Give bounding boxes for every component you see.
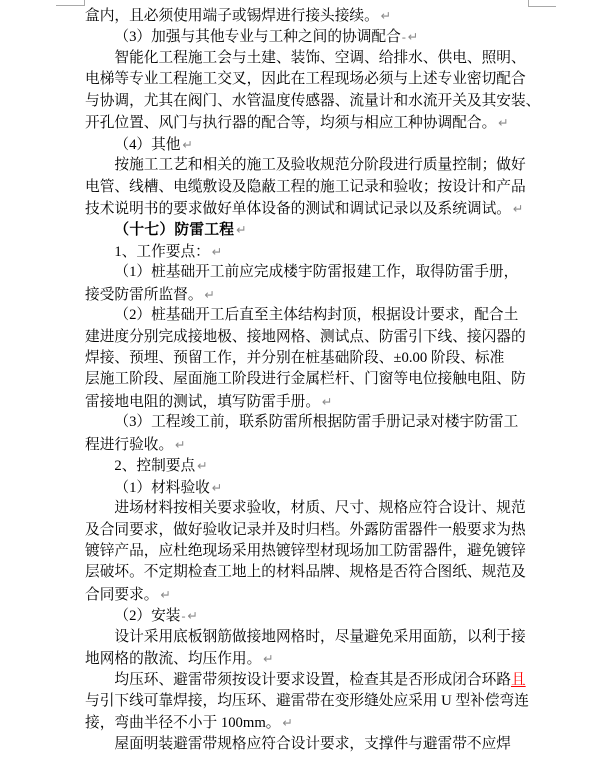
- document-line: 与协调，尤其在阀门、水管温度传感器、流量计和水流开关及其安装、: [85, 91, 555, 112]
- document-line: 合同要求。↵: [85, 584, 555, 605]
- paragraph-mark-icon: ↵: [379, 8, 391, 23]
- document-line: 及合同要求，做好验收记录并及时归档。外露防雷器件一般要求为热: [85, 520, 555, 541]
- margin-crop-mark-top-left-horizontal: [56, 5, 84, 6]
- document-line: 雷接地电阻的测试，填写防雷手册。↵: [85, 391, 555, 412]
- document-line: 均压环、避雷带须按设计要求设置，检查其是否形成闭合环路且: [85, 670, 555, 691]
- document-line: （2）安装-↵: [85, 605, 555, 626]
- text-run: （3）工程竣工前，联系防雷所根据防雷手册记录对楼宇防雷工: [114, 414, 518, 430]
- text-run: 焊接、预埋、预留工作，并分别在桩基础阶段、±0.00 阶段、标准: [85, 350, 504, 366]
- text-run: （1）桩基础开工前应完成楼宇防雷报建工作，取得防雷手册，: [114, 264, 518, 280]
- paragraph-mark-icon: ↵: [210, 480, 222, 495]
- text-run: 地网格的散流、均压作用。: [85, 651, 261, 667]
- text-run: （2）桩基础开工后直至主体结构封顶，根据设计要求，配合土: [114, 307, 518, 323]
- document-line: 层施工阶段、屋面施工阶段进行金属栏杆、门窗等电位接触电阻、防: [85, 369, 555, 390]
- document-line: 设计采用底板钢筋做接地网格时，尽量避免采用面筋，以利于接: [85, 627, 555, 648]
- document-line: 2、控制要点↵: [85, 455, 555, 476]
- text-run: 1、工作要点：: [114, 244, 209, 260]
- section-heading-line: （十七）防雷工程↵: [85, 219, 555, 240]
- text-run: 均压环、避雷带须按设计要求设置，检查其是否形成闭合环路: [114, 672, 511, 688]
- text-run: 2、控制要点: [114, 458, 195, 474]
- paragraph-mark-icon: ↵: [181, 137, 193, 152]
- document-line: 焊接、预埋、预留工作，并分别在桩基础阶段、±0.00 阶段、标准: [85, 348, 555, 369]
- text-run: 接受防雷所监督。: [85, 287, 203, 303]
- text-run: （1）材料验收: [114, 480, 209, 496]
- document-line: 层破坏。不定期检查工地上的材料品牌、规格是否符合图纸、规范及: [85, 562, 555, 583]
- text-run: 雷接地电阻的测试，填写防雷手册。: [85, 394, 320, 410]
- document-line: （1）桩基础开工前应完成楼宇防雷报建工作，取得防雷手册，: [85, 262, 555, 283]
- text-run: 设计采用底板钢筋做接地网格时，尽量避免采用面筋，以利于接: [114, 629, 525, 645]
- tracked-change-red-underline-text: 且: [511, 672, 526, 688]
- document-line: 盒内，且必须使用端子或锡焊进行接头接续。↵: [85, 5, 555, 26]
- document-line: 接受防雷所监督。↵: [85, 284, 555, 305]
- text-run: 层破坏。不定期检查工地上的材料品牌、规格是否符合图纸、规范及: [85, 564, 526, 580]
- text-run: （4）其他: [114, 137, 180, 153]
- text-run: （十七）防雷工程: [114, 222, 234, 238]
- document-line: 1、工作要点：↵: [85, 241, 555, 262]
- space-formatting-mark-icon: -: [181, 609, 186, 623]
- text-run: 及合同要求，做好验收记录并及时归档。外露防雷器件一般要求为热: [85, 522, 526, 538]
- document-line: 电梯等专业工程施工交叉，因此在工程现场必须与上述专业密切配合: [85, 69, 555, 90]
- document-line: 镀锌产品，应杜绝现场采用热镀锌型材现场加工防雷器件，避免镀锌: [85, 541, 555, 562]
- text-run: （3）加强与其他专业与工种之间的协调配合: [114, 29, 400, 45]
- document-text-block: 盒内，且必须使用端子或锡焊进行接头接续。↵（3）加强与其他专业与工种之间的协调配…: [85, 5, 555, 755]
- text-run: 程进行验收。: [85, 437, 173, 453]
- paragraph-mark-icon: ↵: [320, 394, 332, 409]
- text-run: 层施工阶段、屋面施工阶段进行金属栏杆、门窗等电位接触电阻、防: [85, 371, 526, 387]
- paragraph-mark-icon: ↵: [280, 715, 292, 730]
- text-run: 接，弯曲半径不小于 100mm。: [85, 715, 280, 731]
- document-line: 建进度分别完成接地极、接地网格、测试点、防雷引下线、接闪器的: [85, 327, 555, 348]
- text-run: 建进度分别完成接地极、接地网格、测试点、防雷引下线、接闪器的: [85, 329, 526, 345]
- document-line: 按施工工艺和相关的施工及验收规范分阶段进行质量控制；做好: [85, 155, 555, 176]
- document-line: 程进行验收。↵: [85, 434, 555, 455]
- text-run: （2）安装: [114, 608, 180, 624]
- document-page: 盒内，且必须使用端子或锡焊进行接头接续。↵（3）加强与其他专业与工种之间的协调配…: [0, 0, 591, 759]
- paragraph-mark-icon: ↵: [186, 608, 198, 623]
- document-line: 电管、线槽、电缆敷设及隐蔽工程的施工记录和验收；按设计和产品: [85, 177, 555, 198]
- paragraph-mark-icon: ↵: [406, 29, 418, 44]
- document-line: 进场材料按相关要求验收，材质、尺寸、规格应符合设计、规范: [85, 498, 555, 519]
- paragraph-mark-icon: ↵: [511, 201, 523, 216]
- document-line: 接，弯曲半径不小于 100mm。↵: [85, 712, 555, 733]
- paragraph-mark-icon: ↵: [234, 222, 246, 237]
- text-run: 进场材料按相关要求验收，材质、尺寸、规格应符合设计、规范: [114, 500, 525, 516]
- text-run: 与引下线可靠焊接，均压环、避雷带在变形缝处应采用 U 型补偿弯连: [85, 693, 529, 709]
- paragraph-mark-icon: ↵: [496, 115, 508, 130]
- text-run: 智能化工程施工会与土建、装饰、空调、给排水、供电、照明、: [114, 50, 525, 66]
- paragraph-mark-icon: ↵: [203, 287, 215, 302]
- text-run: 按施工工艺和相关的施工及验收规范分阶段进行质量控制；做好: [114, 157, 525, 173]
- document-line: 与引下线可靠焊接，均压环、避雷带在变形缝处应采用 U 型补偿弯连: [85, 691, 555, 712]
- document-line: （1）材料验收↵: [85, 477, 555, 498]
- text-run: 合同要求。: [85, 587, 158, 603]
- text-run: 电管、线槽、电缆敷设及隐蔽工程的施工记录和验收；按设计和产品: [85, 179, 526, 195]
- document-line: （4）其他↵: [85, 134, 555, 155]
- document-line: （3）工程竣工前，联系防雷所根据防雷手册记录对楼宇防雷工: [85, 412, 555, 433]
- document-line: 技术说明书的要求做好单体设备的测试和调试记录以及系统调试。↵: [85, 198, 555, 219]
- text-run: 盒内，且必须使用端子或锡焊进行接头接续。: [85, 8, 379, 24]
- text-run: 与协调，尤其在阀门、水管温度传感器、流量计和水流开关及其安装、: [85, 93, 540, 109]
- document-line: 智能化工程施工会与土建、装饰、空调、给排水、供电、照明、: [85, 48, 555, 69]
- paragraph-mark-icon: ↵: [195, 458, 207, 473]
- text-run: 开孔位置、风门与执行器的配合等，均须与相应工种协调配合。: [85, 115, 496, 131]
- paragraph-mark-icon: ↵: [158, 587, 170, 602]
- text-run: 电梯等专业工程施工交叉，因此在工程现场必须与上述专业密切配合: [85, 71, 526, 87]
- document-line: （3）加强与其他专业与工种之间的协调配合-↵: [85, 26, 555, 47]
- paragraph-mark-icon: ↵: [173, 437, 185, 452]
- document-line: 屋面明装避雷带规格应符合设计要求，支撑件与避雷带不应焊: [85, 734, 555, 755]
- document-line: （2）桩基础开工后直至主体结构封顶，根据设计要求，配合土: [85, 305, 555, 326]
- document-line: 开孔位置、风门与执行器的配合等，均须与相应工种协调配合。↵: [85, 112, 555, 133]
- paragraph-mark-icon: ↵: [210, 244, 222, 259]
- paragraph-mark-icon: ↵: [261, 651, 273, 666]
- text-run: 镀锌产品，应杜绝现场采用热镀锌型材现场加工防雷器件，避免镀锌: [85, 543, 526, 559]
- text-run: 技术说明书的要求做好单体设备的测试和调试记录以及系统调试。: [85, 201, 511, 217]
- document-line: 地网格的散流、均压作用。↵: [85, 648, 555, 669]
- text-run: 屋面明装避雷带规格应符合设计要求，支撑件与避雷带不应焊: [114, 736, 511, 752]
